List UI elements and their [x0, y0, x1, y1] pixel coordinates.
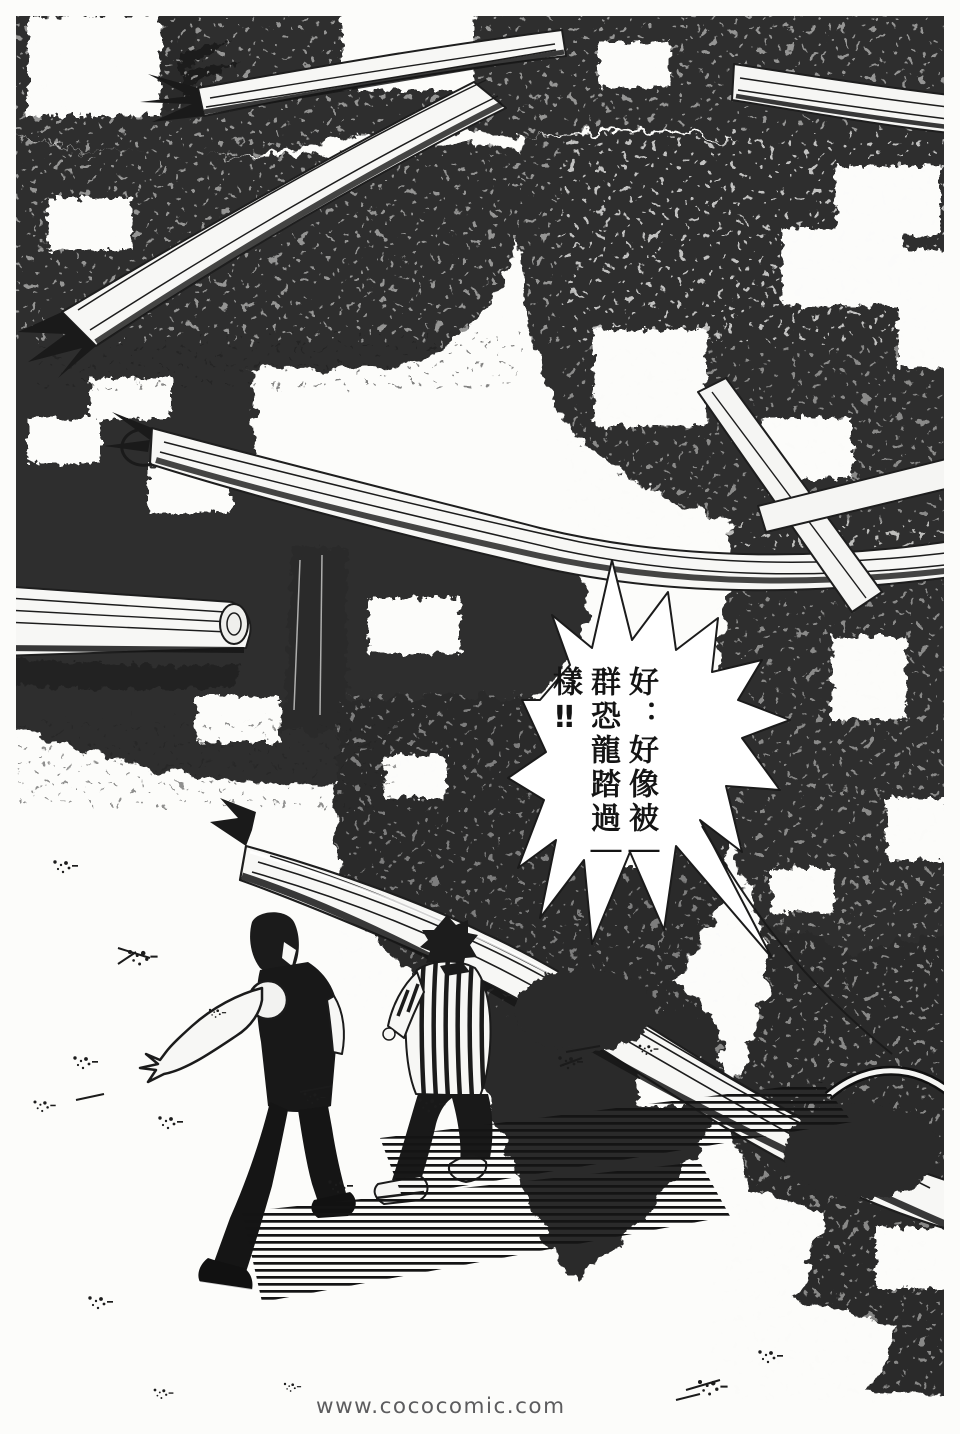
watermark-url: www.cococomic.com [316, 1394, 566, 1419]
speech-text-column-2: 群恐龍踏過｜ [583, 666, 621, 976]
speech-bubble-text: 好：好像被｜ 群恐龍踏過｜ 樣‼ [545, 666, 659, 976]
person2-hand [383, 1028, 395, 1040]
manga-artwork [0, 0, 960, 1434]
fallen-log [0, 586, 250, 690]
speech-text-column-1: 好：好像被｜ [621, 666, 659, 976]
manga-page: 好：好像被｜ 群恐龍踏過｜ 樣‼ www.cococomic.com [0, 0, 960, 1434]
speech-text-column-3: 樣‼ [545, 666, 583, 976]
